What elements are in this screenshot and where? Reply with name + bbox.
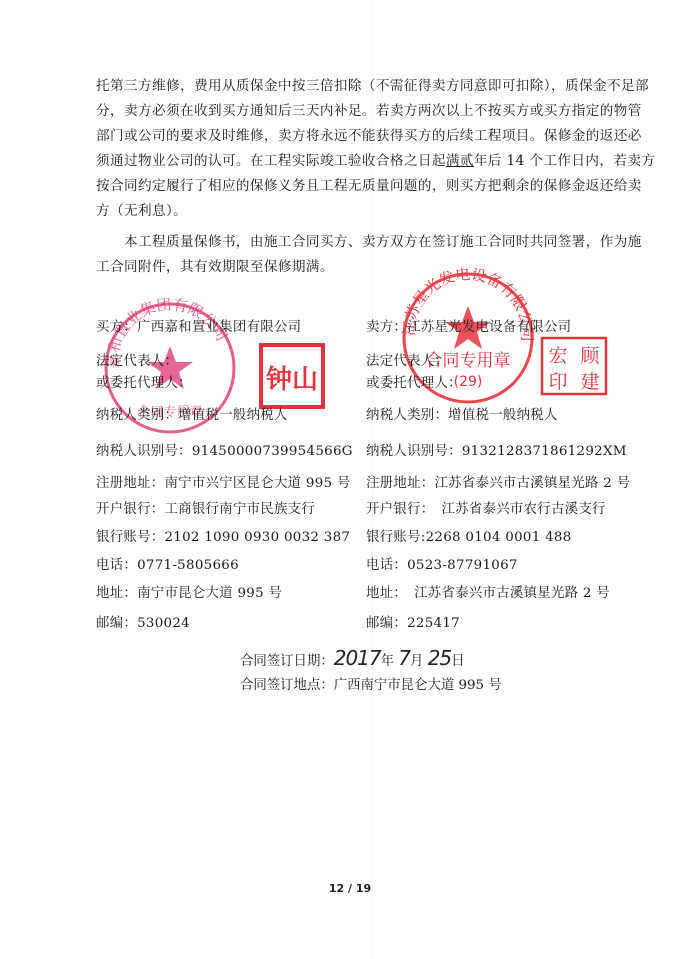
- buyer-reg-address: 注册地址：南宁市兴宁区昆仑大道 995 号: [96, 472, 351, 491]
- text-line: 分，卖方必须在收到买方通知后三天内补足。若卖方两次以上不按买方或买方指定的物管: [96, 99, 626, 124]
- value: 225417: [407, 616, 460, 631]
- text-segment: 须通过物业公司的认可。在工程实际竣工验收合格之日起: [96, 153, 446, 169]
- label: 或委托代理人：: [366, 376, 462, 391]
- label: 邮编：: [366, 616, 407, 631]
- value: 增值税一般纳税人: [448, 408, 558, 423]
- value: 工商银行南宁市民族支行: [164, 502, 315, 517]
- text-line: 本工程质量保修书，由施工合同买方、卖方双方在签订施工合同时共同签署，作为施: [96, 230, 626, 255]
- value: 广西嘉和置业集团有限公司: [137, 320, 301, 335]
- label: 地址：: [96, 586, 137, 601]
- value: 0771-5805666: [137, 558, 239, 573]
- label: 纳税人识别号：: [366, 444, 462, 459]
- text-line: 部门或公司的要求及时维修，卖方将永远不能获得买方的后续工程项目。保修金的返还必: [96, 124, 626, 149]
- buyer-legal-rep: 法定代表人：: [96, 350, 178, 369]
- buyer-phone: 电话：0771-5805666: [96, 554, 239, 573]
- seller-address: 地址： 江苏省泰兴市古溪镇星光路 2 号: [366, 582, 610, 601]
- page-number: 12 / 19: [329, 882, 371, 895]
- seller-bank: 开户银行： 江苏省泰兴市农行古溪支行: [366, 498, 606, 517]
- signing-date: 合同签订日期：2017年 7月 25日: [240, 646, 465, 670]
- warranty-paragraph: 托第三方维修，费用从质保金中按三倍扣除（不需征得卖方同意即可扣除），质保金不足部…: [96, 74, 626, 224]
- buyer-address: 地址：南宁市昆仑大道 995 号: [96, 582, 282, 601]
- seller-legal-rep: 法定代表人：: [366, 350, 448, 369]
- label: 纳税人类别：: [96, 408, 178, 423]
- value: 江苏省泰兴市古溪镇星光路 2 号: [400, 586, 610, 601]
- buyer-bank: 开户银行：工商银行南宁市民族支行: [96, 498, 315, 517]
- buyer-account: 银行账号：2102 1090 0930 0032 387: [96, 526, 350, 545]
- value: 9132128371861292XM: [462, 444, 627, 459]
- label: 银行账号:: [366, 530, 426, 545]
- value: 广西南宁市昆仑大道 995 号: [334, 678, 502, 693]
- value: 2268 0104 0001 488: [426, 530, 572, 545]
- label: 电话：: [96, 558, 137, 573]
- buyer-agent: 或委托代理人：: [96, 372, 192, 391]
- unit: 日: [451, 654, 464, 669]
- svg-text:钟山: 钟山: [266, 364, 318, 395]
- unit: 年: [381, 654, 394, 669]
- label: 或委托代理人：: [96, 376, 192, 391]
- svg-text:顾: 顾: [580, 345, 600, 367]
- label: 邮编：: [96, 616, 137, 631]
- value: 增值税一般纳税人: [178, 408, 288, 423]
- handwritten-year: 2017: [334, 646, 381, 670]
- seller-taxpayer-type: 纳税人类别：增值税一般纳税人: [366, 404, 558, 423]
- seller-reg-address: 注册地址：江苏省泰兴市古溪镇星光路 2 号: [366, 472, 630, 491]
- value: 江苏省泰兴市农行古溪支行: [428, 502, 606, 517]
- svg-text:印: 印: [548, 371, 567, 393]
- value: 南宁市昆仑大道 995 号: [137, 586, 282, 601]
- label: 法定代表人：: [366, 354, 448, 369]
- label: 买方：: [96, 320, 137, 335]
- svg-text:宏: 宏: [548, 345, 567, 367]
- label: 开户银行：: [366, 502, 428, 517]
- buyer-tax-id: 纳税人识别号：91450000739954566G: [96, 440, 353, 459]
- text-segment: 年后 14 个工作日内，若卖方: [474, 153, 655, 169]
- validity-paragraph: 本工程质量保修书，由施工合同买方、卖方双方在签订施工合同时共同签署，作为施 工合…: [96, 230, 626, 280]
- text-line: 方（无利息）。: [96, 199, 626, 224]
- value: 南宁市兴宁区昆仑大道 995 号: [164, 476, 350, 491]
- seller-tax-id: 纳税人识别号：9132128371861292XM: [366, 440, 627, 459]
- seller-party: 卖方：江苏星光发电设备有限公司: [366, 316, 571, 335]
- seller-personal-seal-icon: 宏 顾 印 建: [540, 336, 608, 396]
- value: 91450000739954566G: [192, 444, 353, 459]
- label: 合同签订日期：: [240, 654, 334, 669]
- seller-postcode: 邮编：225417: [366, 612, 460, 631]
- unit: 月: [410, 654, 423, 669]
- seller-agent: 或委托代理人：: [366, 372, 462, 391]
- label: 电话：: [366, 558, 407, 573]
- text-line: 须通过物业公司的认可。在工程实际竣工验收合格之日起满贰年后 14 个工作日内，若…: [96, 149, 626, 174]
- label: 卖方：: [366, 320, 407, 335]
- text-line: 托第三方维修，费用从质保金中按三倍扣除（不需征得卖方同意即可扣除），质保金不足部: [96, 74, 626, 99]
- value: 0523-87791067: [407, 558, 518, 573]
- label: 银行账号：: [96, 530, 164, 545]
- buyer-party: 买方：广西嘉和置业集团有限公司: [96, 316, 301, 335]
- handwritten-month: 7: [398, 646, 410, 670]
- buyer-postcode: 邮编：530024: [96, 612, 190, 631]
- underlined-term: 满贰: [446, 153, 474, 169]
- value: 江苏星光发电设备有限公司: [407, 320, 571, 335]
- label: 法定代表人：: [96, 354, 178, 369]
- label: 开户银行：: [96, 502, 164, 517]
- value: 江苏省泰兴市古溪镇星光路 2 号: [434, 476, 630, 491]
- label: 纳税人识别号：: [96, 444, 192, 459]
- svg-text:建: 建: [580, 371, 599, 393]
- text-line: 按合同约定履行了相应的保修义务且工程无质量问题的，则买方把剩余的保修金返还给卖: [96, 174, 626, 199]
- signing-place: 合同签订地点：广西南宁市昆仑大道 995 号: [240, 674, 502, 693]
- handwritten-day: 25: [428, 646, 451, 670]
- label: 合同签订地点：: [240, 678, 334, 693]
- buyer-taxpayer-type: 纳税人类别：增值税一般纳税人: [96, 404, 288, 423]
- label: 纳税人类别：: [366, 408, 448, 423]
- value: 530024: [137, 616, 190, 631]
- text-line: 工合同附件，其有效期限至保修期满。: [96, 255, 626, 280]
- label: 注册地址：: [366, 476, 434, 491]
- value: 2102 1090 0930 0032 387: [164, 530, 350, 545]
- seller-account: 银行账号:2268 0104 0001 488: [366, 526, 572, 545]
- seller-phone: 电话：0523-87791067: [366, 554, 518, 573]
- label: 地址：: [366, 586, 400, 601]
- label: 注册地址：: [96, 476, 164, 491]
- buyer-personal-seal-icon: 钟山: [258, 342, 326, 410]
- document-page: 托第三方维修，费用从质保金中按三倍扣除（不需征得卖方同意即可扣除），质保金不足部…: [0, 0, 700, 959]
